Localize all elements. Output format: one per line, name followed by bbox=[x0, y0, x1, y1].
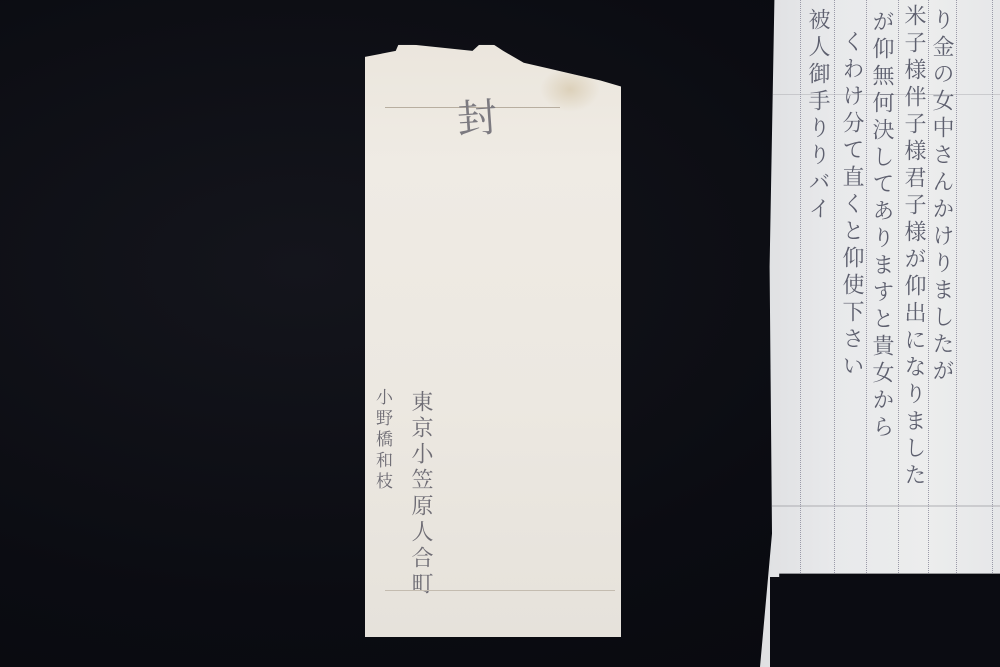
dark-cloth-corner bbox=[770, 577, 1000, 667]
envelope-seal-mark: 封 bbox=[455, 86, 499, 146]
envelope-sender: 小野橋和枝 bbox=[373, 388, 390, 493]
letter-rule-line bbox=[800, 0, 801, 575]
letter-rule-line bbox=[956, 0, 957, 575]
envelope: 封 東京小笠原人合町 小野橋和枝 bbox=[365, 45, 621, 637]
envelope-bottom-flap-edge bbox=[385, 590, 615, 591]
letter-rule-line bbox=[898, 0, 899, 575]
letter-column: 米子様伴子様君子様が仰出になりました bbox=[902, 4, 924, 490]
letter-rule-line bbox=[992, 0, 993, 575]
letter-fold-line bbox=[760, 505, 1000, 507]
letter-rule-line bbox=[866, 0, 867, 575]
letter-column: くわけ分て直くと仰使下さい bbox=[840, 30, 862, 381]
handwritten-letter: り金の女中さんかけりましたが 米子様伴子様君子様が仰出になりました が仰無何決し… bbox=[760, 0, 1000, 667]
letter-column: が仰無何決してありますと貴女から bbox=[870, 10, 892, 442]
letter-column: り金の女中さんかけりましたが bbox=[930, 8, 952, 386]
envelope-address: 東京小笠原人合町 bbox=[409, 390, 431, 598]
letter-column: 被人御手りりバイ bbox=[806, 8, 828, 224]
letter-rule-line bbox=[834, 0, 835, 575]
